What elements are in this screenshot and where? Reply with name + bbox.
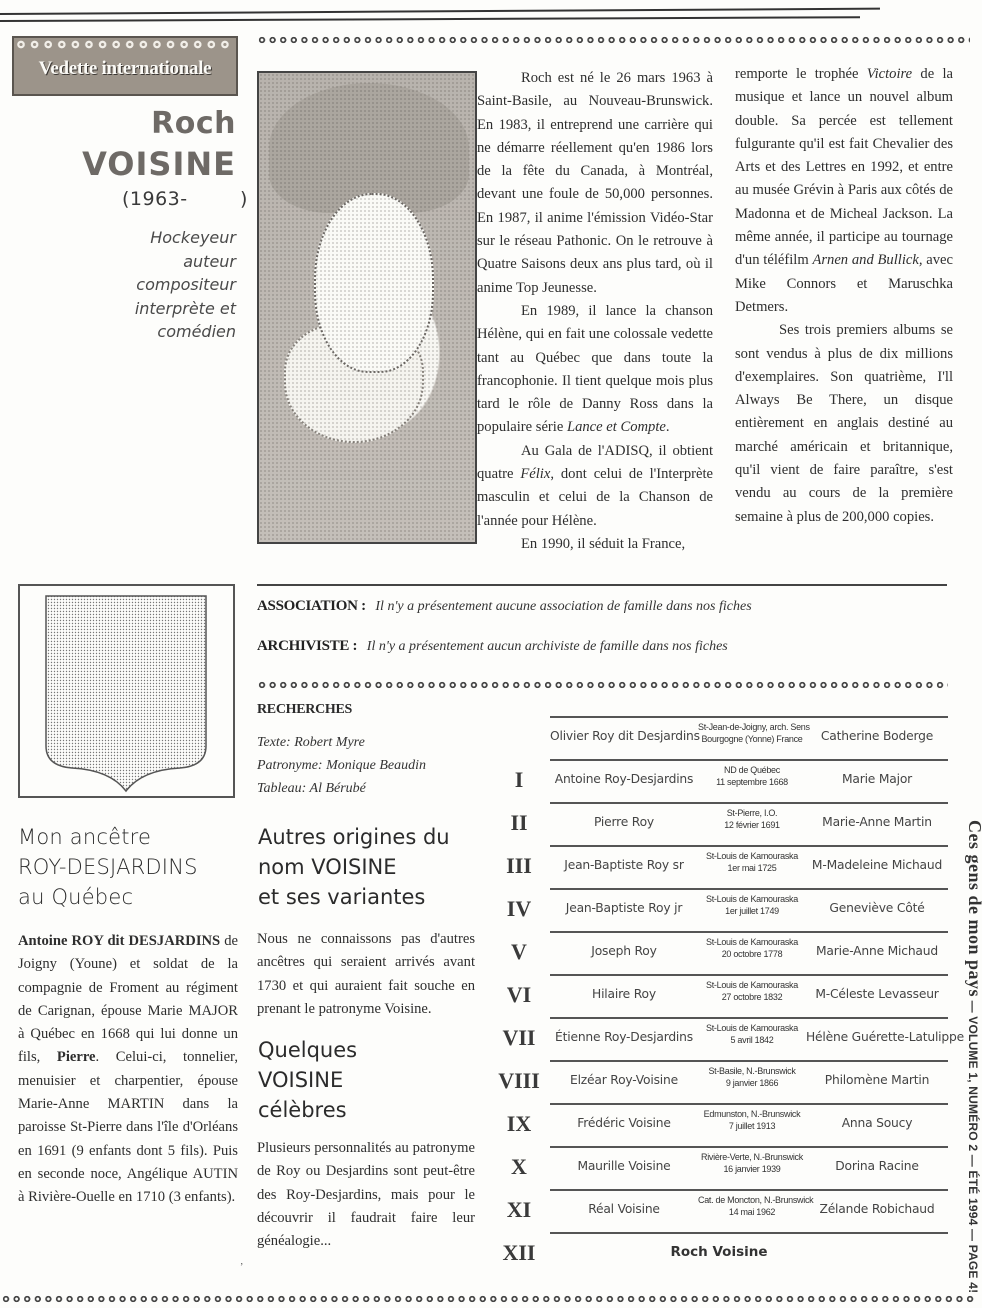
marriage-place-date: St-Jean-de-Joigny, arch. SensBourgogne (… bbox=[698, 721, 806, 745]
genealogy-row: Olivier Roy dit DesjardinsSt-Jean-de-Joi… bbox=[490, 716, 948, 759]
credit-line: Texte: Robert Myre bbox=[257, 731, 426, 754]
generation-number: I bbox=[490, 767, 548, 793]
famous-text: Plusieurs personnalités au patronyme de … bbox=[257, 1137, 475, 1253]
generation-number: VII bbox=[490, 1025, 548, 1051]
role: auteur bbox=[86, 250, 236, 274]
archiviste-text: Il n'y a présentement aucun archiviste d… bbox=[367, 639, 728, 654]
son-name: Pierre bbox=[57, 1049, 96, 1065]
marriage-place-date: St-Louis de Kamouraska27 octobre 1832 bbox=[698, 979, 806, 1003]
role: interprète et bbox=[86, 297, 236, 321]
generation-number: IX bbox=[490, 1111, 548, 1137]
publication-title: Ces gens de mon pays bbox=[965, 820, 982, 997]
credit-line: Tableau: Al Bérubé bbox=[257, 777, 426, 800]
marriage-place-date: Rivière-Verte, N.-Brunswick16 janvier 19… bbox=[698, 1151, 806, 1175]
genealogy-row: IXFrédéric VoisineEdmunston, N.-Brunswic… bbox=[490, 1103, 948, 1146]
husband-name: Étienne Roy-Desjardins bbox=[550, 1030, 698, 1044]
row-divider bbox=[550, 888, 948, 890]
print-mark: ʼ bbox=[240, 1262, 243, 1273]
husband-name: Frédéric Voisine bbox=[550, 1116, 698, 1130]
generation-number: VIII bbox=[490, 1068, 548, 1094]
genealogy-row: XMaurille VoisineRivière-Verte, N.-Bruns… bbox=[490, 1146, 948, 1189]
bio-paragraph: remporte le trophée Victoire de la musiq… bbox=[735, 63, 953, 319]
wife-name: Marie-Anne Michaud bbox=[806, 944, 948, 958]
husband-name: Olivier Roy dit Desjardins bbox=[550, 729, 698, 743]
association-text: Il n'y a présentement aucune association… bbox=[375, 599, 751, 614]
row-divider bbox=[550, 845, 948, 847]
husband-name: Jean-Baptiste Roy sr bbox=[550, 858, 698, 872]
marriage-place-date: ND de Québec11 septembre 1668 bbox=[698, 764, 806, 788]
marriage-place-date: Edmunston, N.-Brunswick7 juillet 1913 bbox=[698, 1108, 806, 1132]
generation-number: X bbox=[490, 1154, 548, 1180]
marriage-place-date: St-Pierre, I.O.12 février 1691 bbox=[698, 807, 806, 831]
dotted-divider bbox=[258, 681, 948, 691]
shield-icon bbox=[20, 586, 233, 796]
generation-number: IV bbox=[490, 896, 548, 922]
coat-of-arms-box bbox=[18, 584, 235, 798]
roles-list: Hockeyeur auteur compositeur interprète … bbox=[86, 226, 236, 344]
bio-column-2: remporte le trophée Victoire de la musiq… bbox=[735, 63, 953, 529]
husband-name: Jean-Baptiste Roy jr bbox=[550, 901, 698, 915]
genealogy-final-row: XIIRoch Voisine bbox=[490, 1232, 948, 1275]
wife-name: M-Céleste Levasseur bbox=[806, 987, 948, 1001]
row-divider bbox=[550, 1060, 948, 1062]
page-footer-vertical: Ces gens de mon pays — VOLUME 1, NUMÉRO … bbox=[964, 820, 982, 1293]
top-rule bbox=[0, 8, 880, 15]
role: comédien bbox=[86, 320, 236, 344]
genealogy-row: IAntoine Roy-DesjardinsND de Québec11 se… bbox=[490, 759, 948, 802]
series-title: Lance et Compte bbox=[567, 419, 666, 435]
bio-paragraph: Au Gala de l'ADISQ, il obtient quatre Fé… bbox=[477, 440, 713, 533]
marriage-place-date: St-Louis de Kamouraska20 octobre 1778 bbox=[698, 936, 806, 960]
row-divider bbox=[550, 1017, 948, 1019]
last-name: VOISINE bbox=[82, 145, 236, 183]
marriage-place-date: St-Louis de Kamouraska1er mai 1725 bbox=[698, 850, 806, 874]
husband-name: Pierre Roy bbox=[550, 815, 698, 829]
bio-column-1: Roch est né le 26 mars 1963 à Saint-Basi… bbox=[477, 67, 713, 556]
dotted-divider bbox=[258, 36, 970, 46]
banner-dots bbox=[16, 40, 234, 50]
life-years: (1963- ) bbox=[122, 188, 248, 210]
row-divider bbox=[550, 974, 948, 976]
husband-name: Réal Voisine bbox=[550, 1202, 698, 1216]
top-rule-secondary bbox=[0, 16, 860, 22]
portrait-photo bbox=[257, 71, 477, 544]
row-divider bbox=[550, 716, 948, 718]
banner-title: Vedette internationale bbox=[14, 58, 236, 80]
husband-name: Antoine Roy-Desjardins bbox=[550, 772, 698, 786]
husband-name: Hilaire Roy bbox=[550, 987, 698, 1001]
wife-name: Hélène Guérette-Latulippe bbox=[806, 1030, 948, 1044]
other-origins-text: Nous ne connaissons pas d'autres ancêtre… bbox=[257, 928, 475, 1021]
wife-name: Philomène Martin bbox=[806, 1073, 948, 1087]
genealogy-row: IIPierre RoySt-Pierre, I.O.12 février 16… bbox=[490, 802, 948, 845]
row-divider bbox=[550, 1189, 948, 1191]
association-label: ASSOCIATION : bbox=[257, 598, 366, 614]
final-descendant: Roch Voisine bbox=[550, 1244, 888, 1260]
marriage-place-date: St-Basile, N.-Brunswick9 janvier 1866 bbox=[698, 1065, 806, 1089]
research-credits: Texte: Robert Myre Patronyme: Monique Be… bbox=[257, 731, 426, 800]
marriage-place-date: Cat. de Moncton, N.-Brunswick14 mai 1962 bbox=[698, 1194, 806, 1218]
section-banner: Vedette internationale bbox=[12, 36, 238, 96]
husband-name: Elzéar Roy-Voisine bbox=[550, 1073, 698, 1087]
generation-number: V bbox=[490, 939, 548, 965]
genealogy-row: VJoseph RoySt-Louis de Kamouraska20 octo… bbox=[490, 931, 948, 974]
row-divider bbox=[550, 931, 948, 933]
generation-number: VI bbox=[490, 982, 548, 1008]
research-title: RECHERCHES bbox=[257, 702, 352, 718]
marriage-place-date: St-Louis de Kamouraska5 avril 1842 bbox=[698, 1022, 806, 1046]
wife-name: Dorina Racine bbox=[806, 1159, 948, 1173]
credit-line: Patronyme: Monique Beaudin bbox=[257, 754, 426, 777]
archiviste-line: ARCHIVISTE : Il n'y a présentement aucun… bbox=[257, 638, 728, 655]
husband-name: Maurille Voisine bbox=[550, 1159, 698, 1173]
genealogy-row: VIHilaire RoySt-Louis de Kamouraska27 oc… bbox=[490, 974, 948, 1017]
wife-name: Catherine Boderge bbox=[806, 729, 948, 743]
row-divider bbox=[550, 759, 948, 761]
ancestor-text: Antoine ROY dit DESJARDINS de Joigny (Yo… bbox=[18, 930, 238, 1210]
genealogy-row: IVJean-Baptiste Roy jrSt-Louis de Kamour… bbox=[490, 888, 948, 931]
generation-number: XI bbox=[490, 1197, 548, 1223]
bio-paragraph: En 1990, il séduit la France, bbox=[477, 533, 713, 556]
famous-heading: Quelques VOISINE célèbres bbox=[258, 1035, 478, 1125]
wife-name: Zélande Robichaud bbox=[806, 1202, 948, 1216]
genealogy-row: VIIIElzéar Roy-VoisineSt-Basile, N.-Brun… bbox=[490, 1060, 948, 1103]
award-name: Félix bbox=[520, 466, 550, 482]
genealogy-row: VIIÉtienne Roy-DesjardinsSt-Louis de Kam… bbox=[490, 1017, 948, 1060]
role: compositeur bbox=[86, 273, 236, 297]
generation-number: XII bbox=[490, 1240, 548, 1266]
husband-name: Joseph Roy bbox=[550, 944, 698, 958]
first-name: Roch bbox=[151, 106, 236, 141]
wife-name: Marie Major bbox=[806, 772, 948, 786]
section-rule bbox=[257, 584, 947, 586]
wife-name: M-Madeleine Michaud bbox=[806, 858, 948, 872]
genealogy-row: IIIJean-Baptiste Roy srSt-Louis de Kamou… bbox=[490, 845, 948, 888]
marriage-place-date: St-Louis de Kamouraska1er juillet 1749 bbox=[698, 893, 806, 917]
wife-name: Marie-Anne Martin bbox=[806, 815, 948, 829]
other-origins-heading: Autres origines du nom VOISINE et ses va… bbox=[258, 822, 478, 912]
generation-number: II bbox=[490, 810, 548, 836]
wife-name: Anna Soucy bbox=[806, 1116, 948, 1130]
wife-name: Geneviève Côté bbox=[806, 901, 948, 915]
row-divider bbox=[550, 802, 948, 804]
bio-paragraph: Ses trois premiers albums se sont vendus… bbox=[735, 319, 953, 529]
row-divider bbox=[550, 1103, 948, 1105]
photo-halftone bbox=[259, 73, 475, 542]
generation-number: III bbox=[490, 853, 548, 879]
ancestor-heading: Mon ancêtre ROY-DESJARDINS au Québec bbox=[18, 822, 248, 912]
genealogy-row: XIRéal VoisineCat. de Moncton, N.-Brunsw… bbox=[490, 1189, 948, 1232]
association-line: ASSOCIATION : Il n'y a présentement aucu… bbox=[257, 598, 752, 615]
archiviste-label: ARCHIVISTE : bbox=[257, 638, 357, 654]
role: Hockeyeur bbox=[86, 226, 236, 250]
row-divider bbox=[550, 1232, 948, 1234]
bio-paragraph: Roch est né le 26 mars 1963 à Saint-Basi… bbox=[477, 67, 713, 300]
publication-meta: — VOLUME 1, NUMÉRO 2 — ÉTÉ 1994 — PAGE 4… bbox=[966, 997, 980, 1293]
ancestor-name: Antoine ROY dit DESJARDINS bbox=[18, 933, 220, 949]
row-divider bbox=[550, 1146, 948, 1148]
dotted-divider bbox=[2, 1295, 974, 1305]
bio-paragraph: En 1989, il lance la chanson Hélène, qui… bbox=[477, 300, 713, 440]
